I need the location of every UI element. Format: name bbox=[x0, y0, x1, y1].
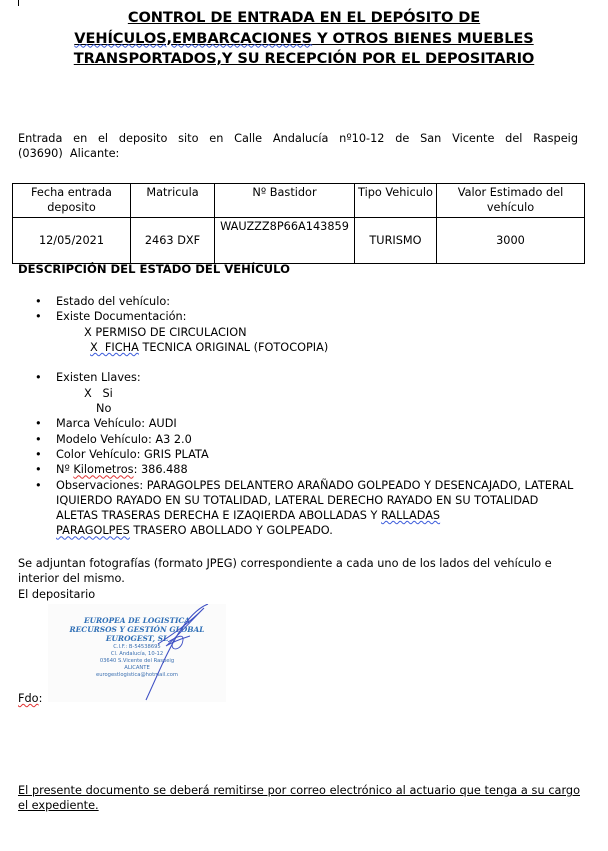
title-line-1: CONTROL DE ENTRADA EN EL DEPÓSITO DE bbox=[0, 8, 608, 29]
list-item-modelo: •Modelo Vehículo: A3 2.0 bbox=[18, 432, 578, 447]
signature-label: Fdo bbox=[18, 692, 39, 705]
header-bastidor: Nº Bastidor bbox=[215, 184, 355, 218]
llaves-si: X Si bbox=[18, 386, 578, 401]
km-value: : 386.488 bbox=[134, 463, 188, 476]
section-heading: DESCRIPCIÓN DEL ESTADO DEL VEHÍCULO bbox=[18, 262, 290, 277]
header-fecha: Fecha entrada deposito bbox=[13, 184, 131, 218]
modelo-value: Modelo Vehículo: A3 2.0 bbox=[56, 433, 192, 446]
ficha-rest: TECNICA ORIGINAL (FOTOCOPIA) bbox=[139, 341, 328, 354]
photos-note-text: Se adjuntan fotografías (formato JPEG) c… bbox=[18, 556, 578, 587]
observaciones-spellcheck-1: RALLADAS bbox=[381, 509, 440, 522]
bullet-icon: • bbox=[35, 432, 42, 447]
depositario-label: El depositario bbox=[18, 587, 578, 602]
llaves-no: No bbox=[18, 401, 578, 416]
color-value: Color Vehículo: GRIS PLATA bbox=[56, 448, 209, 461]
header-matricula: Matricula bbox=[131, 184, 215, 218]
vehicle-entry-table: Fecha entrada deposito Matricula Nº Bast… bbox=[12, 183, 585, 264]
estado-label: Estado del vehículo: bbox=[56, 295, 170, 308]
title-line-3: TRANSPORTADOS,Y SU RECEPCIÓN POR EL DEPO… bbox=[0, 49, 608, 70]
km-prefix: Nº bbox=[56, 463, 73, 476]
cell-matricula: 2463 DXF bbox=[131, 218, 215, 264]
list-item-llaves: •Existen Llaves: bbox=[18, 370, 578, 385]
marca-value: Marca Vehículo: AUDI bbox=[56, 417, 177, 430]
handwritten-signature-icon bbox=[48, 604, 226, 702]
photos-note: Se adjuntan fotografías (formato JPEG) c… bbox=[18, 556, 578, 602]
observaciones-spellcheck-2: PARAGOLPES bbox=[56, 524, 130, 537]
header-tipo: Tipo Vehiculo bbox=[355, 184, 437, 218]
footer-note: El presente documento se deberá remitirs… bbox=[18, 783, 580, 814]
vehicle-condition-list: •Estado del vehículo: •Existe Documentac… bbox=[18, 294, 578, 539]
title-line-2: VEHÍCULOS,EMBARCACIONES Y OTROS BIENES M… bbox=[0, 29, 608, 50]
title-line-2-rest: Y OTROS BIENES MUEBLES bbox=[312, 30, 534, 47]
list-item-kilometros: •Nº Kilometros: 386.488 bbox=[18, 462, 578, 477]
ficha-spellcheck: X FICHA bbox=[90, 341, 139, 354]
intro-paragraph: Entrada en el deposito sito en Calle And… bbox=[18, 131, 578, 162]
bullet-icon: • bbox=[35, 370, 42, 385]
cell-valor: 3000 bbox=[437, 218, 585, 264]
list-item-color: •Color Vehículo: GRIS PLATA bbox=[18, 447, 578, 462]
company-stamp: EUROPEA DE LOGISTICA RECURSOS Y GESTIÓN … bbox=[48, 604, 226, 702]
signature-line: Fdo: bbox=[18, 691, 42, 706]
bullet-icon: • bbox=[35, 309, 42, 324]
title-spellcheck-word: VEHÍCULOS,EMBARCACIONES bbox=[74, 30, 312, 47]
header-valor: Valor Estimado del vehículo bbox=[437, 184, 585, 218]
observaciones-text-end: TRASERO ABOLLADO Y GOLPEADO. bbox=[130, 524, 333, 537]
signature-colon: : bbox=[39, 692, 43, 705]
bullet-icon: • bbox=[35, 447, 42, 462]
bullet-icon: • bbox=[35, 294, 42, 309]
doc-permiso-circulacion: X PERMISO DE CIRCULACION bbox=[18, 325, 578, 340]
doc-ficha-tecnica: X FICHA TECNICA ORIGINAL (FOTOCOPIA) bbox=[18, 340, 578, 355]
km-spellcheck-word: Kilometros bbox=[73, 463, 133, 476]
document-title: CONTROL DE ENTRADA EN EL DEPÓSITO DE VEH… bbox=[0, 8, 608, 70]
list-item-marca: •Marca Vehículo: AUDI bbox=[18, 416, 578, 431]
table-row: 12/05/2021 2463 DXF WAUZZZ8P66A143859 TU… bbox=[13, 218, 585, 264]
observaciones-text: Observaciones: PARAGOLPES DELANTERO ARAÑ… bbox=[56, 479, 573, 523]
list-item-observaciones: •Observaciones: PARAGOLPES DELANTERO ARA… bbox=[18, 478, 578, 539]
bullet-icon: • bbox=[35, 478, 42, 493]
documentacion-label: Existe Documentación: bbox=[56, 310, 187, 323]
list-item-documentacion: •Existe Documentación: bbox=[18, 309, 578, 324]
list-item-estado: •Estado del vehículo: bbox=[18, 294, 578, 309]
table-header-row: Fecha entrada deposito Matricula Nº Bast… bbox=[13, 184, 585, 218]
text-cursor bbox=[18, 0, 19, 6]
cell-bastidor: WAUZZZ8P66A143859 bbox=[215, 218, 355, 264]
cell-tipo: TURISMO bbox=[355, 218, 437, 264]
llaves-label: Existen Llaves: bbox=[56, 371, 141, 384]
bullet-icon: • bbox=[35, 416, 42, 431]
bullet-icon: • bbox=[35, 462, 42, 477]
cell-fecha: 12/05/2021 bbox=[13, 218, 131, 264]
